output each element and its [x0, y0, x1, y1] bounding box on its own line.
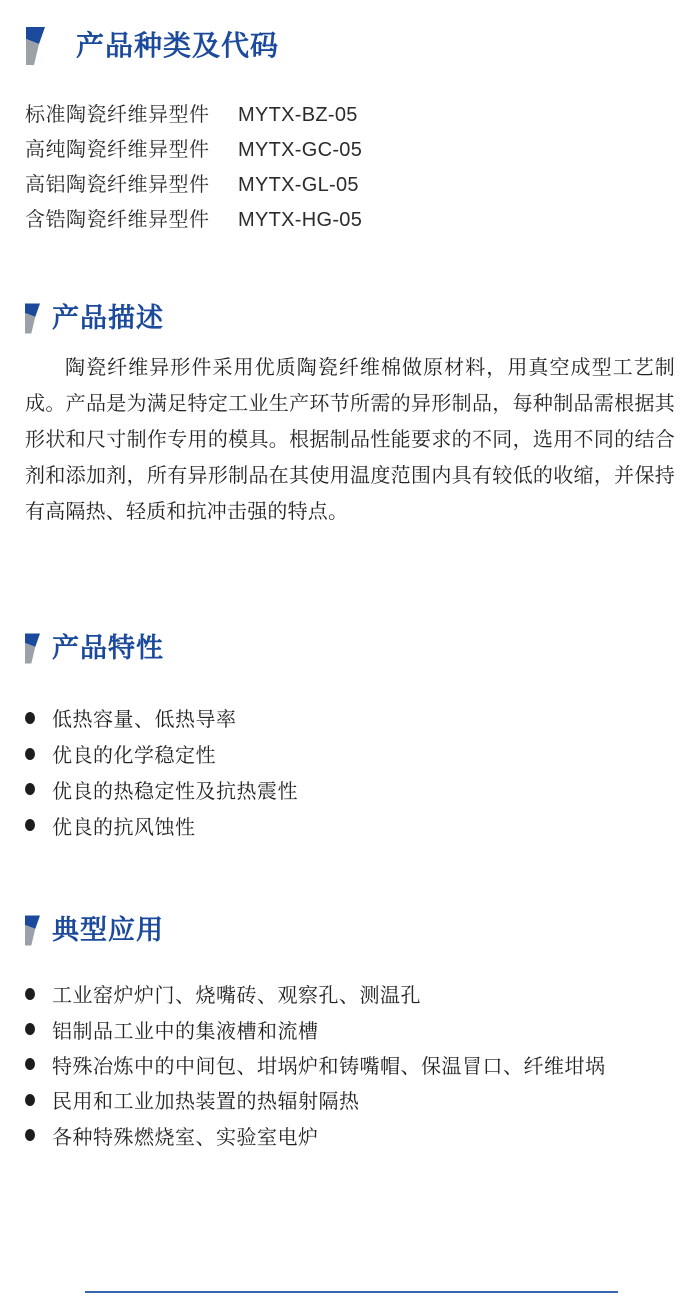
product-code: MYTX-HG-05 — [238, 203, 362, 238]
application-item: 各种特殊燃烧室、实验室电炉 — [25, 1118, 606, 1153]
feature-text: 低热容量、低热导率 — [52, 703, 237, 732]
bullet-dot-icon — [25, 1094, 35, 1106]
application-text: 工业窑炉炉门、烧嘴砖、观察孔、测温孔 — [52, 979, 421, 1008]
application-item: 民用和工业加热装置的热辐射隔热 — [25, 1082, 606, 1117]
product-code-row: 高铝陶瓷纤维异型件 MYTX-GL-05 — [25, 168, 455, 203]
application-item: 工业窑炉炉门、烧嘴砖、观察孔、测温孔 — [25, 976, 606, 1011]
footer-divider — [85, 1291, 618, 1293]
feature-text: 优良的热稳定性及抗热震性 — [52, 775, 298, 804]
product-code: MYTX-GC-05 — [238, 133, 362, 168]
feature-item: 优良的热稳定性及抗热震性 — [25, 772, 298, 808]
feature-item: 优良的化学稳定性 — [25, 736, 298, 772]
product-code: MYTX-GL-05 — [238, 168, 359, 203]
bullet-dot-icon — [25, 1129, 35, 1141]
feature-item: 优良的抗风蚀性 — [25, 807, 298, 843]
section-header-codes: 产品种类及代码 — [26, 27, 279, 65]
product-name: 含锆陶瓷纤维异型件 — [25, 203, 238, 238]
product-code: MYTX-BZ-05 — [238, 98, 358, 133]
feature-text: 优良的抗风蚀性 — [52, 811, 196, 840]
application-item: 特殊冶炼中的中间包、坩埚炉和铸嘴帽、保温冒口、纤维坩埚 — [25, 1047, 606, 1082]
applications-list: 工业窑炉炉门、烧嘴砖、观察孔、测温孔 铝制品工业中的集液槽和流槽 特殊冶炼中的中… — [25, 976, 606, 1153]
bullet-dot-icon — [25, 988, 35, 1000]
application-text: 铝制品工业中的集液槽和流槽 — [52, 1015, 319, 1044]
bullet-dot-icon — [25, 712, 35, 724]
product-name: 高纯陶瓷纤维异型件 — [25, 133, 238, 168]
section-marker-icon — [25, 914, 40, 947]
product-description-paragraph: 陶瓷纤维异形件采用优质陶瓷纤维棉做原材料，用真空成型工艺制成。产品是为满足特定工… — [25, 350, 675, 530]
bullet-dot-icon — [25, 1023, 35, 1035]
section-title-codes: 产品种类及代码 — [76, 32, 279, 60]
product-code-row: 高纯陶瓷纤维异型件 MYTX-GC-05 — [25, 133, 455, 168]
application-text: 各种特殊燃烧室、实验室电炉 — [52, 1121, 319, 1150]
section-title-features: 产品特性 — [52, 635, 164, 662]
section-marker-icon — [26, 27, 45, 65]
application-text: 民用和工业加热装置的热辐射隔热 — [52, 1085, 360, 1114]
bullet-dot-icon — [25, 1058, 35, 1070]
bullet-dot-icon — [25, 819, 35, 831]
product-code-row: 含锆陶瓷纤维异型件 MYTX-HG-05 — [25, 203, 455, 238]
product-code-list: 标准陶瓷纤维异型件 MYTX-BZ-05 高纯陶瓷纤维异型件 MYTX-GC-0… — [25, 98, 455, 238]
section-title-applications: 典型应用 — [52, 917, 164, 944]
features-list: 低热容量、低热导率 优良的化学稳定性 优良的热稳定性及抗热震性 优良的抗风蚀性 — [25, 700, 298, 843]
section-marker-icon — [25, 632, 40, 665]
feature-item: 低热容量、低热导率 — [25, 700, 298, 736]
product-name: 高铝陶瓷纤维异型件 — [25, 168, 238, 203]
section-title-description: 产品描述 — [52, 305, 164, 332]
product-code-row: 标准陶瓷纤维异型件 MYTX-BZ-05 — [25, 98, 455, 133]
section-header-description: 产品描述 — [25, 302, 164, 335]
application-item: 铝制品工业中的集液槽和流槽 — [25, 1011, 606, 1046]
feature-text: 优良的化学稳定性 — [52, 739, 216, 768]
application-text: 特殊冶炼中的中间包、坩埚炉和铸嘴帽、保温冒口、纤维坩埚 — [52, 1050, 606, 1079]
product-datasheet-page: 产品种类及代码 标准陶瓷纤维异型件 MYTX-BZ-05 高纯陶瓷纤维异型件 M… — [0, 0, 700, 1295]
section-header-applications: 典型应用 — [25, 914, 164, 947]
bullet-dot-icon — [25, 783, 35, 795]
section-header-features: 产品特性 — [25, 632, 164, 665]
section-marker-icon — [25, 302, 40, 335]
product-name: 标准陶瓷纤维异型件 — [25, 98, 238, 133]
bullet-dot-icon — [25, 748, 35, 760]
